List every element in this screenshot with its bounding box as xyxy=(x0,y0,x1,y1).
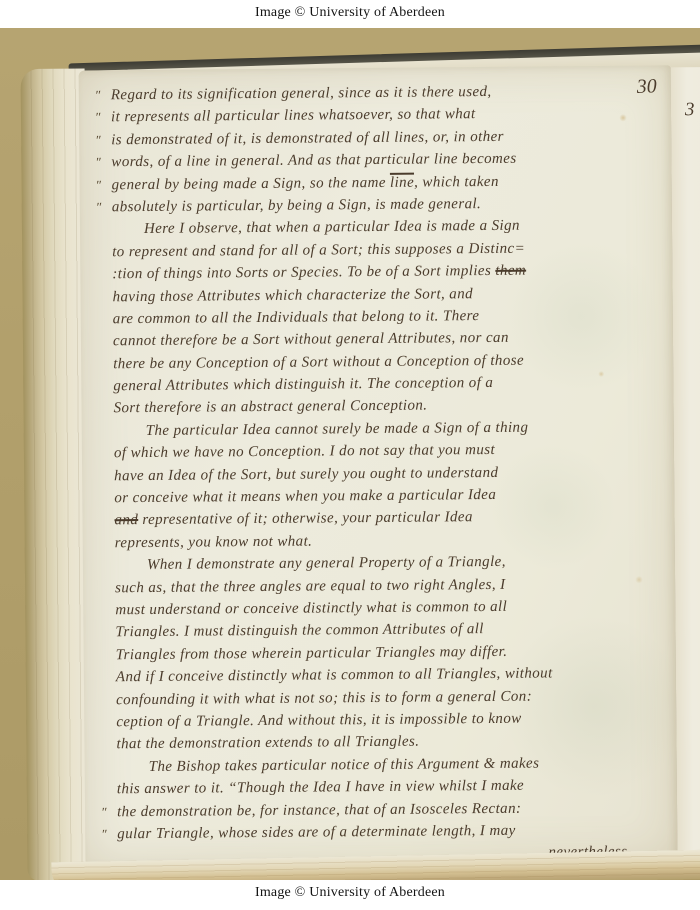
text-segment: cannot therefore be a Sort without gener… xyxy=(113,330,509,349)
text-segment: Triangles from those wherein particular … xyxy=(116,644,508,663)
text-segment: The Bishop takes particular notice of th… xyxy=(149,755,540,774)
text-segment: words, of a line in general. And as that… xyxy=(111,151,516,171)
text-segment: of which we have no Conception. I do not… xyxy=(114,442,495,461)
text-segment: representative of it; otherwise, your pa… xyxy=(138,510,473,529)
margin-quote-mark: ″ xyxy=(95,152,101,174)
text-segment: are common to all the Individuals that b… xyxy=(113,308,480,327)
margin-quote-mark: ″ xyxy=(101,801,107,823)
margin-quote-mark: ″ xyxy=(95,129,101,151)
manuscript-text: ″Regard to its signification general, si… xyxy=(95,80,662,869)
next-page-number-partial: 3 xyxy=(685,99,695,121)
text-segment: represents, you know not what. xyxy=(115,533,313,551)
text-segment: Sort therefore is an abstract general Co… xyxy=(113,398,427,417)
book: 3 30 ″Regard to its signification genera… xyxy=(14,37,700,880)
text-segment: :tion of things into Sorts or Species. T… xyxy=(112,263,495,282)
top-copyright-caption: Image © University of Aberdeen xyxy=(0,5,700,21)
text-segment: there be any Conception of a Sort withou… xyxy=(113,352,524,372)
text-segment: must understand or conceive distinctly w… xyxy=(115,599,507,618)
text-segment: is demonstrated of it, is demonstrated o… xyxy=(111,129,504,148)
margin-quote-mark: ″ xyxy=(95,107,101,129)
text-segment: absolutely is particular, by being a Sig… xyxy=(112,196,482,215)
struck-word: and xyxy=(114,512,138,528)
text-segment: And if I conceive distinctly what is com… xyxy=(116,666,553,686)
text-segment: such as, that the three angles are equal… xyxy=(115,576,506,595)
text-segment: having those Attributes which characteri… xyxy=(112,286,473,305)
margin-quote-mark: ″ xyxy=(95,84,101,106)
text-segment: it represents all particular lines whats… xyxy=(111,106,476,125)
text-segment: , which taken xyxy=(414,173,499,190)
margin-quote-mark: ″ xyxy=(96,196,102,218)
struck-word: them xyxy=(495,263,526,279)
text-segment: confounding it with what is not so; this… xyxy=(116,688,532,708)
text-segment: or conceive what it means when you make … xyxy=(114,487,496,506)
margin-quote-mark: ″ xyxy=(95,174,101,196)
text-segment: When I demonstrate any general Property … xyxy=(147,554,506,573)
manuscript-photo: 3 30 ″Regard to its signification genera… xyxy=(0,28,700,880)
text-segment: the demonstration be, for instance, that… xyxy=(117,800,521,820)
text-segment: have an Idea of the Sort, but surely you… xyxy=(114,465,498,484)
margin-quote-mark: ″ xyxy=(101,823,107,845)
text-segment: Triangles. I must distinguish the common… xyxy=(115,621,483,640)
text-segment: The particular Idea cannot surely be mad… xyxy=(146,420,529,439)
text-segment: Regard to its signification general, sin… xyxy=(111,84,492,103)
text-segment: to represent and stand for all of a Sort… xyxy=(112,240,525,260)
bottom-copyright-caption: Image © University of Aberdeen xyxy=(0,885,700,901)
text-segment: gular Triangle, whose sides are of a det… xyxy=(117,823,516,842)
text-segment: line xyxy=(390,174,414,190)
text-segment: general by being made a Sign, so the nam… xyxy=(112,174,391,192)
text-segment: general Attributes which distinguish it.… xyxy=(113,375,493,394)
manuscript-page: 30 ″Regard to its signification general,… xyxy=(79,65,678,866)
text-segment: that the demonstration extends to all Tr… xyxy=(116,734,419,753)
text-segment: Here I observe, that when a particular I… xyxy=(144,218,520,237)
text-segment: ception of a Triangle. And without this,… xyxy=(116,711,521,731)
text-segment: this answer to it. “Though the Idea I ha… xyxy=(117,778,524,798)
